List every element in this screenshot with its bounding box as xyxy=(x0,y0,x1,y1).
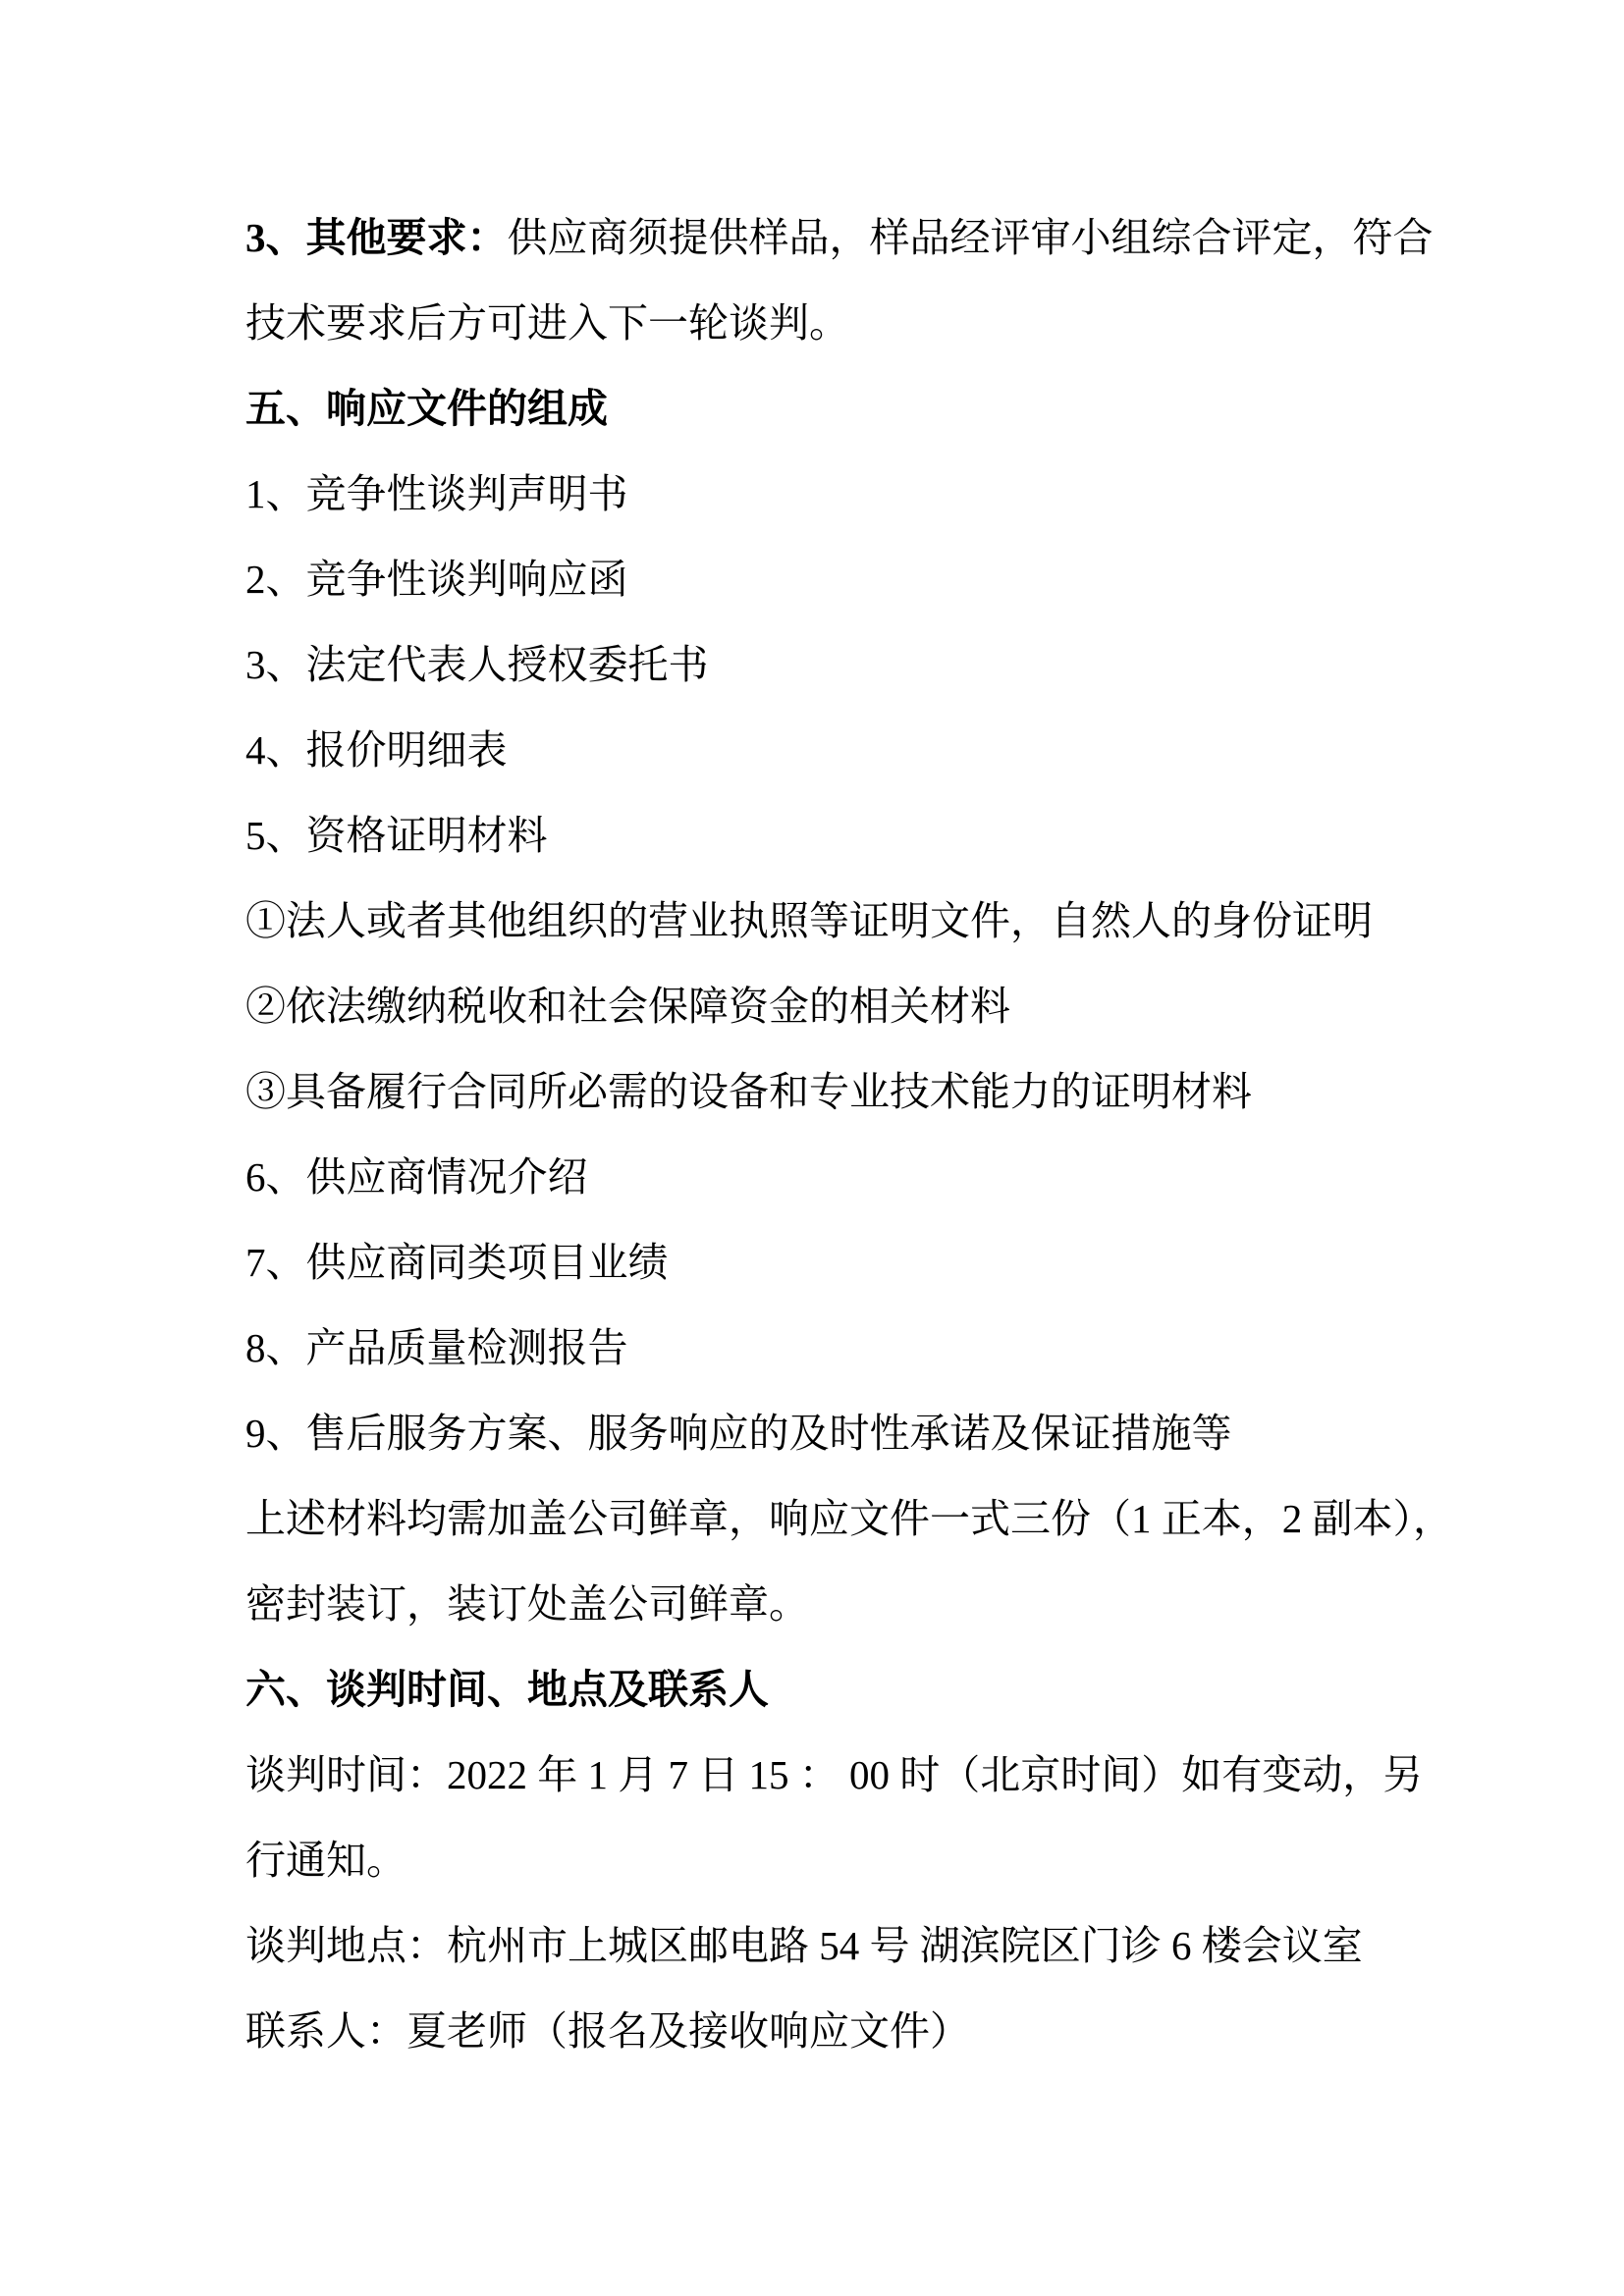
document-body: 3、其他要求：供应商须提供样品，样品经评审小组综合评定，符合 技术要求后方可进入… xyxy=(245,195,1388,2074)
list-item: 2、竞争性谈判响应函 xyxy=(245,537,1388,622)
list-item: 3、法定代表人授权委托书 xyxy=(245,622,1388,708)
list-item: ③具备履行合同所必需的设备和专业技术能力的证明材料 xyxy=(245,1049,1388,1135)
list-item: ②依法缴纳税收和社会保障资金的相关材料 xyxy=(245,964,1388,1049)
list-item: 7、供应商同类项目业绩 xyxy=(245,1220,1388,1306)
document-page: { "page": { "background": "#ffffff", "te… xyxy=(0,0,1624,2296)
other-requirements-line: 3、其他要求：供应商须提供样品，样品经评审小组综合评定，符合 xyxy=(245,195,1388,281)
negotiation-location-line: 谈判地点：杭州市上城区邮电路 54 号 湖滨院区门诊 6 楼会议室 xyxy=(245,1903,1388,1989)
list-item: 4、报价明细表 xyxy=(245,708,1388,793)
other-requirements-text: 供应商须提供样品，样品经评审小组综合评定，符合 xyxy=(508,215,1434,260)
other-requirements-label: 3、其他要求： xyxy=(245,215,508,260)
list-item: 8、产品质量检测报告 xyxy=(245,1306,1388,1391)
list-item: 9、售后服务方案、服务响应的及时性承诺及保证措施等 xyxy=(245,1391,1388,1476)
binding-note-line: 上述材料均需加盖公司鲜章，响应文件一式三份（1 正本，2 副本）， xyxy=(245,1476,1388,1562)
list-item: 5、资格证明材料 xyxy=(245,793,1388,879)
section-5-heading: 五、响应文件的组成 xyxy=(245,366,1388,452)
contact-person-line: 联系人：夏老师（报名及接收响应文件） xyxy=(245,1989,1388,2074)
negotiation-time-line: 谈判时间：2022 年 1 月 7 日 15 ： 00 时（北京时间）如有变动，… xyxy=(245,1733,1388,1818)
binding-note-continuation: 密封装订，装订处盖公司鲜章。 xyxy=(245,1562,1388,1647)
other-requirements-continuation: 技术要求后方可进入下一轮谈判。 xyxy=(245,281,1388,366)
list-item: ①法人或者其他组织的营业执照等证明文件，自然人的身份证明 xyxy=(245,879,1388,964)
list-item: 1、竞争性谈判声明书 xyxy=(245,452,1388,537)
negotiation-time-continuation: 行通知。 xyxy=(245,1818,1388,1903)
section-6-heading: 六、谈判时间、地点及联系人 xyxy=(245,1647,1388,1733)
list-item: 6、供应商情况介绍 xyxy=(245,1135,1388,1220)
